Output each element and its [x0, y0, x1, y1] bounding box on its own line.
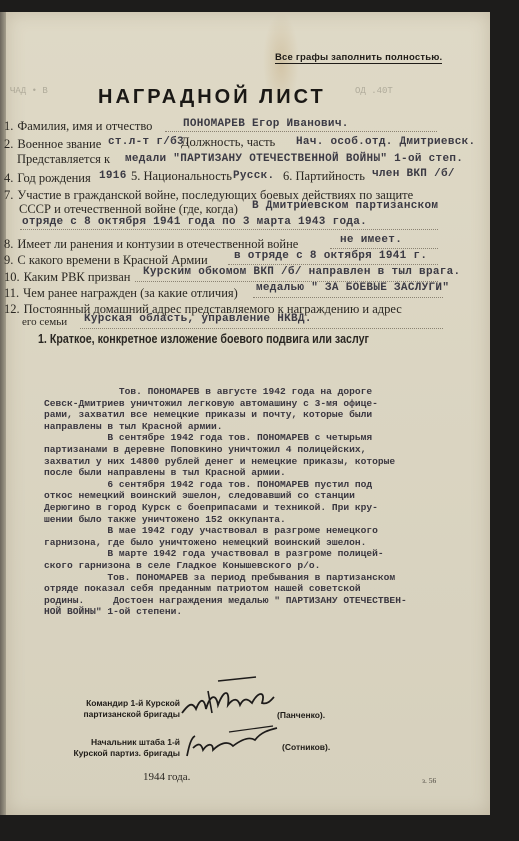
narrative-line: захватил у них 14800 рублей денег и неме…: [44, 456, 484, 468]
field-label: Фамилия, имя и отчество: [17, 119, 152, 133]
signature-chief-of-staff-title: Начальник штаба 1-й Курской партиз. бриг…: [50, 737, 180, 759]
document-date: 1944 года.: [143, 771, 190, 783]
field-number: 10.: [4, 270, 20, 284]
field-value-party: член ВКП /б/: [372, 168, 455, 180]
narrative-line: 6 сентября 1942 года тов. ПОНОМАРЕВ пуст…: [44, 479, 484, 491]
signature-commander-title: Командир 1-й Курской партизанской бригад…: [60, 698, 180, 720]
field-full-name: 1. Фамилия, имя и отчество: [4, 117, 152, 135]
fill-line: [80, 328, 443, 329]
field-value-wounds: не имеет.: [340, 234, 402, 246]
field-value-war-dates: отряде с 8 октября 1941 года по 3 марта …: [22, 216, 367, 228]
field-label: Военное звание: [17, 137, 101, 151]
field-number: 9.: [4, 253, 13, 267]
field-label-family: его семьи: [22, 316, 67, 328]
field-label-award: Представляется к: [17, 152, 110, 167]
field-number: 12.: [4, 302, 20, 316]
field-value-previous-awards: медалью " ЗА БОЕВЫЕ ЗАСЛУГИ": [256, 282, 449, 294]
field-number: 1.: [4, 119, 13, 133]
signature-commander-handwriting: [178, 675, 278, 720]
signature-title-line: Начальник штаба 1-й: [50, 737, 180, 748]
field-number: 4.: [4, 171, 13, 185]
field-birth-year: 4. Год рождения: [4, 169, 91, 187]
fill-line: [165, 131, 437, 132]
fill-instruction: Все графы заполнить полностью.: [275, 52, 442, 64]
field-value-award: медали "ПАРТИЗАНУ ОТЕЧЕСТВЕННОЙ ВОЙНЫ" 1…: [125, 153, 463, 165]
field-value-nationality: Русск.: [233, 170, 274, 182]
field-number: 7.: [4, 188, 13, 202]
section-heading: 1. Краткое, конкретное изложение боевого…: [38, 331, 369, 346]
document-title: НАГРАДНОЙ ЛИСТ: [98, 86, 326, 109]
narrative-line: Тов. ПОНОМАРЕВ в августе 1942 года на до…: [44, 386, 484, 398]
bleed-through-text: ЧАД • В: [10, 86, 48, 96]
fill-line: [20, 229, 438, 230]
narrative-line: В марте 1942 года участвовал в разгроме …: [44, 548, 484, 560]
narrative-line: Дерюгино в город Курск с боеприпасами и …: [44, 502, 484, 514]
field-rank: 2. Военное звание: [4, 135, 101, 153]
narrative-text: Тов. ПОНОМАРЕВ в августе 1942 года на до…: [44, 386, 484, 618]
fill-line: [253, 297, 443, 298]
narrative-line: гарнизона, где было уничтожено немецкий …: [44, 537, 484, 549]
archive-page-mark: з. 56: [422, 776, 436, 785]
narrative-line: В сентябре 1942 года тов. ПОНОМАРЕВ с че…: [44, 432, 484, 444]
narrative-line: партизанами в деревне Поповкино уничтожи…: [44, 444, 484, 456]
field-label: Чем ранее награжден (за какие отличия): [23, 286, 238, 300]
fill-line: [228, 264, 438, 265]
narrative-line: отряде показал себя преданным патриотом …: [44, 583, 484, 595]
field-value-red-army-since: в отряде с 8 октября 1941 г.: [234, 250, 427, 262]
signature-chief-of-staff-name: (Сотников).: [282, 742, 330, 752]
field-label-war-where: СССР и отечественной войне (где, когда): [19, 202, 238, 217]
narrative-line: родины. Достоен награждения медалью " ПА…: [44, 595, 484, 607]
field-value-full-name: ПОНОМАРЕВ Егор Иванович.: [183, 118, 349, 130]
field-value-war-where: В Дмитриевском партизанском: [252, 200, 438, 212]
field-number: 2.: [4, 137, 13, 151]
narrative-line: Тов. ПОНОМАРЕВ за период пребывания в па…: [44, 572, 484, 584]
field-label: С какого времени в Красной Армии: [17, 253, 207, 267]
field-number: 8.: [4, 237, 13, 251]
field-label-party: 6. Партийность: [283, 169, 365, 184]
fill-line: [330, 248, 438, 249]
field-label: Каким РВК призван: [24, 270, 131, 284]
bleed-through-text: ОД .40Т: [355, 86, 393, 96]
field-value-position: Нач. особ.отд. Дмитриевск.: [296, 136, 475, 148]
narrative-line: Севск-Дмитриев уничтожил легковую автома…: [44, 398, 484, 410]
signature-commander-name: (Панченко).: [277, 710, 325, 720]
field-label-position: Должность, часть: [181, 135, 275, 150]
narrative-line: ского гарнизона в селе Гладкое Конышевск…: [44, 560, 484, 572]
signature-title-line: Командир 1-й Курской: [60, 698, 180, 709]
field-label-nationality: 5. Национальность: [131, 169, 232, 184]
field-value-home-address: Курская область, управление НКВД.: [84, 313, 312, 325]
field-value-conscription: Курским обкомом ВКП /б/ направлен в тыл …: [143, 266, 460, 278]
signature-chief-of-staff-handwriting: [183, 722, 283, 762]
narrative-line: рами, захватил все немецкие приказы и по…: [44, 409, 484, 421]
narrative-line: после были направлены в тыл Красной арми…: [44, 467, 484, 479]
narrative-line: направлены в тыл Красной армии.: [44, 421, 484, 433]
narrative-line: В мае 1942 году участвовал в разгроме не…: [44, 525, 484, 537]
narrative-line: откос немецкий воинский эшелон, следовав…: [44, 490, 484, 502]
narrative-line: шении было также уничтожено 152 оккупант…: [44, 514, 484, 526]
signature-title-line: Курской партиз. бригады: [50, 748, 180, 759]
narrative-line: НОЙ ВОЙНЫ" 1-ой степени.: [44, 606, 484, 618]
field-label: Имеет ли ранения и контузии в отечествен…: [17, 237, 298, 251]
field-value-rank: ст.л-т г/б3.: [108, 136, 191, 148]
field-label: Год рождения: [17, 171, 90, 185]
field-number: 11.: [4, 286, 19, 300]
signature-title-line: партизанской бригады: [60, 709, 180, 720]
field-value-birth-year: 1916: [99, 170, 127, 182]
